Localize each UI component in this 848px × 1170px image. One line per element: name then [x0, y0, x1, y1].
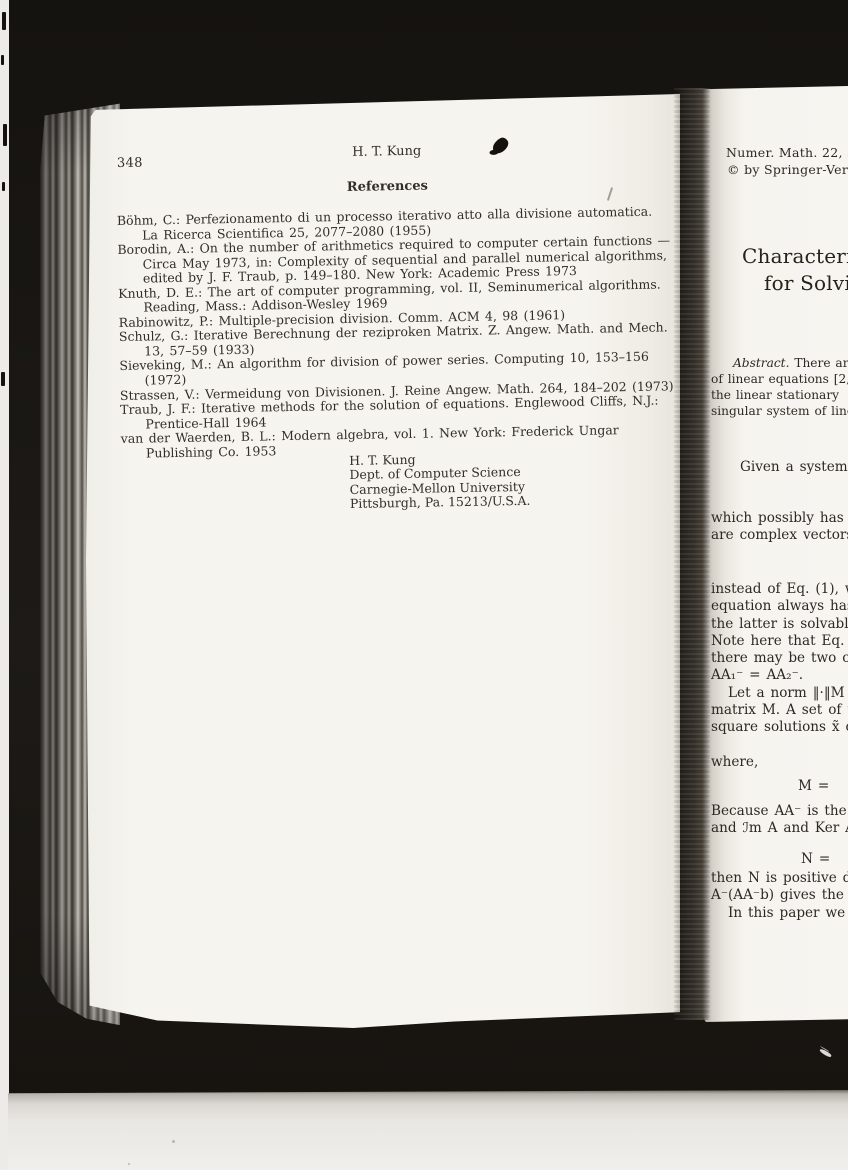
abstract-line: the linear stationary [711, 387, 848, 403]
running-head: H. T. Kung [87, 139, 687, 164]
body-line: Because AA⁻ is the pr [711, 803, 848, 820]
dust-speck [128, 1163, 130, 1165]
edge-mark [1, 55, 4, 65]
edge-mark [2, 182, 5, 191]
equation-fragment: N = [801, 851, 830, 868]
scanner-edge-strip [0, 0, 9, 1170]
body-paragraph: Because AA⁻ is the pr and ℐm A and Ker A… [711, 803, 848, 838]
author-address-block: H. T. Kung Dept. of Computer Science Car… [349, 451, 531, 511]
abstract-line: of linear equations [2, [711, 371, 848, 387]
body-line: Let a norm ‖·‖M [711, 685, 848, 702]
body-line: where, [711, 754, 758, 771]
body-line: matrix M. A set of tl [711, 702, 848, 719]
reference-list: Böhm, C.: Perfezionamento di un processo… [117, 204, 675, 461]
body-line: A⁻(AA⁻b) gives the ur [711, 887, 848, 904]
equation-fragment: M = [798, 778, 829, 795]
body-line: In this paper we co [711, 905, 848, 922]
body-paragraph: then N is positive de A⁻(AA⁻b) gives the… [711, 870, 848, 922]
body-line: Note here that Eq. (2 [711, 633, 848, 650]
edge-mark [3, 124, 7, 146]
body-line: there may be two c [711, 650, 848, 667]
abstract-line: Abstract. There are [711, 355, 848, 371]
body-paragraph: which possibly has no are complex vector… [711, 510, 848, 545]
body-line: then N is positive de [711, 870, 848, 887]
left-page-content: 348 H. T. Kung References Böhm, C.: Perf… [86, 86, 702, 1036]
abstract-line: singular system of line [711, 403, 848, 419]
article-title-line: Characterizat [742, 244, 848, 268]
body-line: are complex vectors o [711, 527, 848, 544]
edge-mark [2, 12, 6, 30]
body-line: which possibly has no [711, 510, 848, 527]
body-line: square solutions x̃ of E [711, 719, 848, 736]
dust-speck [172, 1140, 175, 1143]
scratch-mark [819, 1048, 832, 1058]
body-line: instead of Eq. (1), w [711, 581, 848, 598]
article-title-line: for Solving [764, 271, 848, 295]
equation-fragment: AA₁⁻ = AA₂⁻. [711, 667, 848, 684]
abstract-block: Abstract. There are of linear equations … [711, 355, 848, 419]
body-line: the latter is solvable, l [711, 616, 848, 633]
abstract-label: Abstract. [733, 356, 789, 370]
copyright-line: © by Springer-Verlag [727, 162, 848, 177]
address-line: Pittsburgh, Pa. 15213/U.S.A. [350, 494, 531, 511]
references-heading: References [87, 174, 687, 199]
abstract-text: There are [789, 356, 848, 370]
body-line: and ℐm A and Ker AA [711, 820, 848, 837]
body-line: equation always has [711, 598, 848, 615]
journal-header-line: Numer. Math. 22, 349 [726, 145, 848, 160]
book-scan: 348 H. T. Kung References Böhm, C.: Perf… [0, 0, 848, 1170]
scanner-bed-strip [8, 1090, 848, 1170]
body-line: Given a system of [740, 459, 848, 476]
body-paragraph: instead of Eq. (1), w equation always ha… [711, 581, 848, 736]
edge-mark [1, 372, 5, 386]
